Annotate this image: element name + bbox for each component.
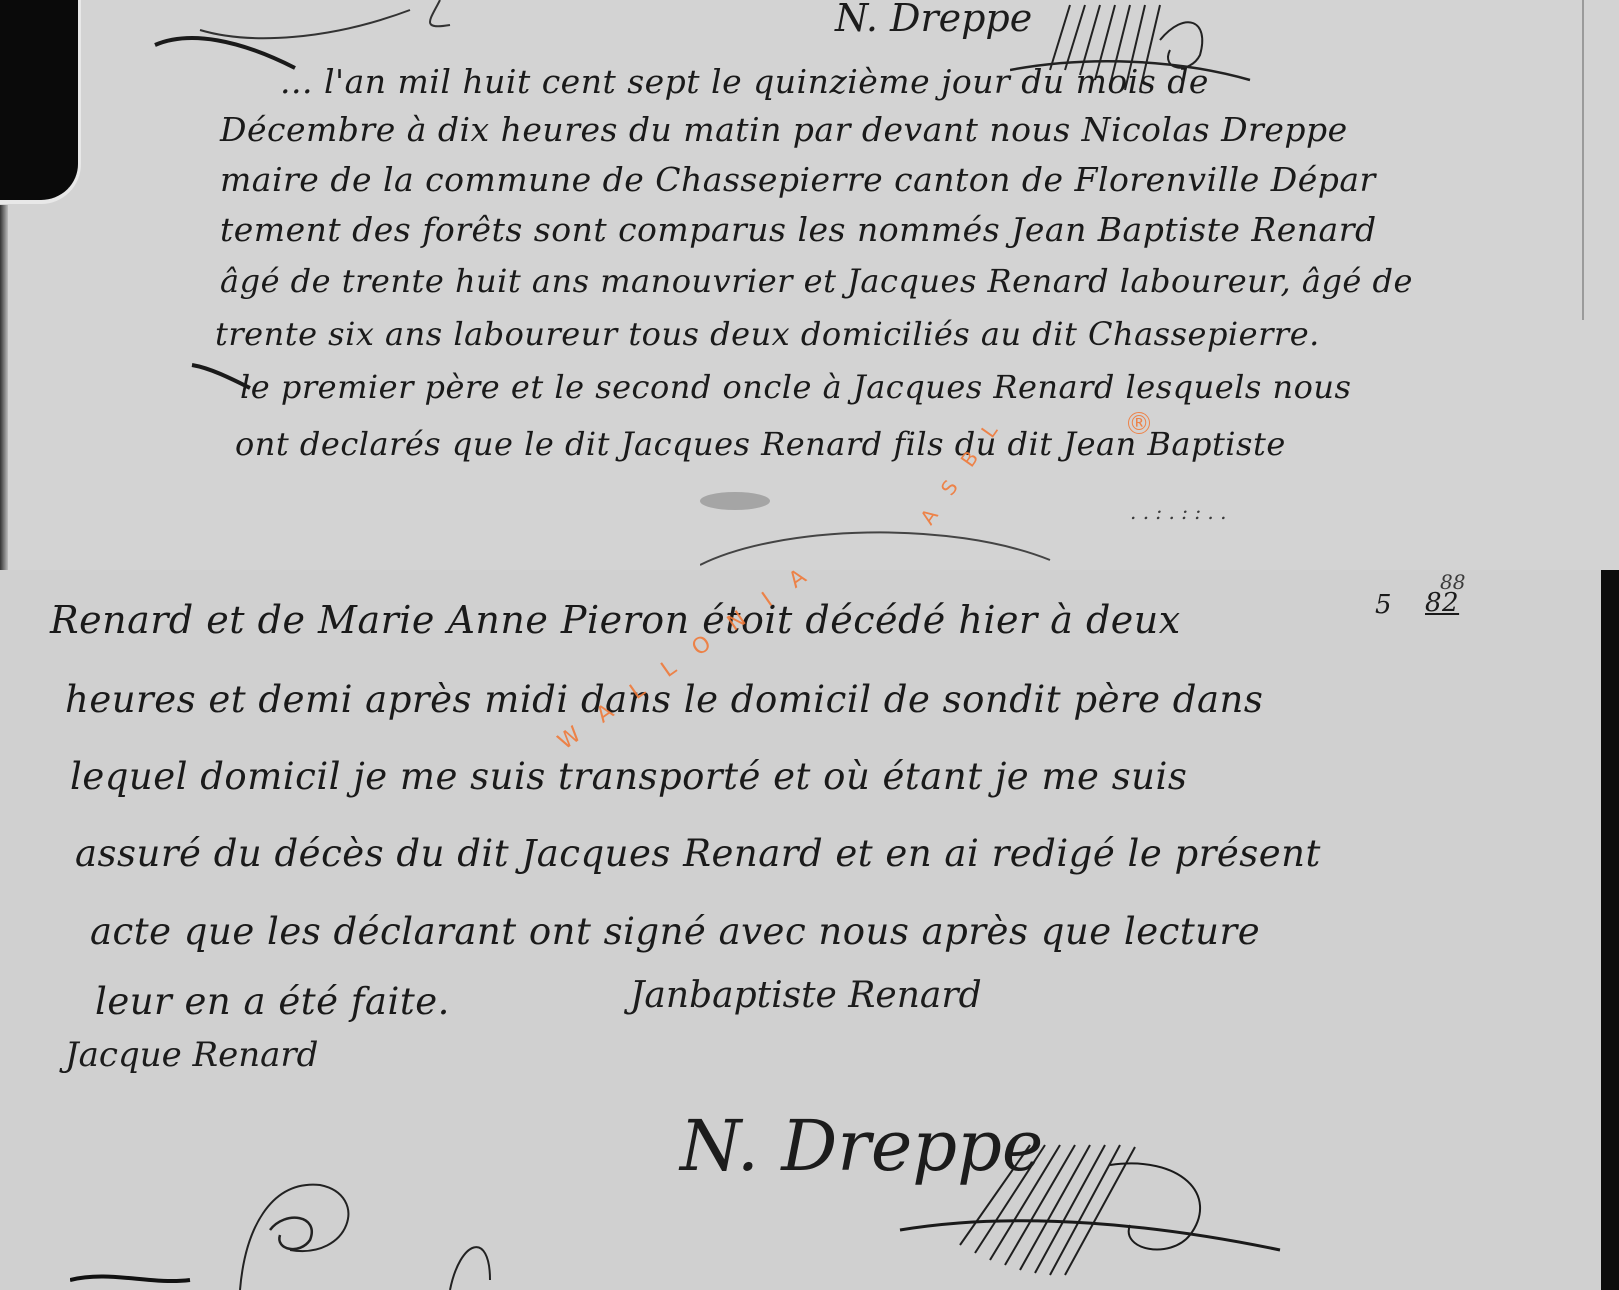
text-line: le premier père et le second oncle à Jac…: [240, 368, 1351, 406]
text-line: Décembre à dix heures du matin par devan…: [220, 110, 1348, 149]
text-line: acte que les déclarant ont signé avec no…: [90, 910, 1260, 953]
text-line: ... l'an mil huit cent sept le quinzième…: [280, 62, 1209, 101]
signature-jacques-renard: Jacque Renard: [65, 1035, 318, 1075]
bleed-through-signature-bottom: [70, 1170, 630, 1290]
watermark-registered-mark: ®: [1128, 412, 1150, 434]
text-line: âgé de trente huit ans manouvrier et Jac…: [220, 262, 1413, 300]
bleed-through-marks: . . : . : : . .: [1130, 500, 1227, 524]
registered-symbol: ®: [1129, 411, 1149, 435]
line-start-flourish: [150, 30, 300, 75]
book-binding-shadow-right: [1601, 570, 1619, 1290]
text-line: Renard et de Marie Anne Pieron étoit déc…: [50, 598, 1181, 642]
folio-number: 82: [1425, 588, 1459, 618]
scan-fragment-top: N. Dreppe ... l'an mil huit cent sept le…: [0, 0, 1619, 570]
text-line: tement des forêts sont comparus les nomm…: [220, 210, 1377, 249]
header-signature: N. Dreppe: [835, 0, 1032, 40]
scan-fragment-bottom: 88 5 82 Renard et de Marie Anne Pieron é…: [0, 570, 1619, 1290]
margin-rule: [1582, 0, 1584, 320]
page-edge-shadow: [0, 205, 8, 570]
text-line: assuré du décès du dit Jacques Renard et…: [75, 832, 1321, 875]
ink-stain: [700, 492, 770, 510]
text-line: maire de la commune de Chassepierre cant…: [220, 160, 1376, 199]
book-binding-shadow: [0, 0, 81, 204]
text-line: leur en a été faite.: [95, 980, 450, 1023]
text-line: trente six ans laboureur tous deux domic…: [215, 315, 1320, 353]
text-line: lequel domicil je me suis transporté et …: [70, 755, 1187, 798]
folio-number: 5: [1375, 590, 1392, 620]
signature-paraph: [880, 1135, 1300, 1285]
signature-jean-baptiste-renard: Janbaptiste Renard: [630, 975, 982, 1016]
bleed-through-flourish: [700, 515, 1060, 570]
